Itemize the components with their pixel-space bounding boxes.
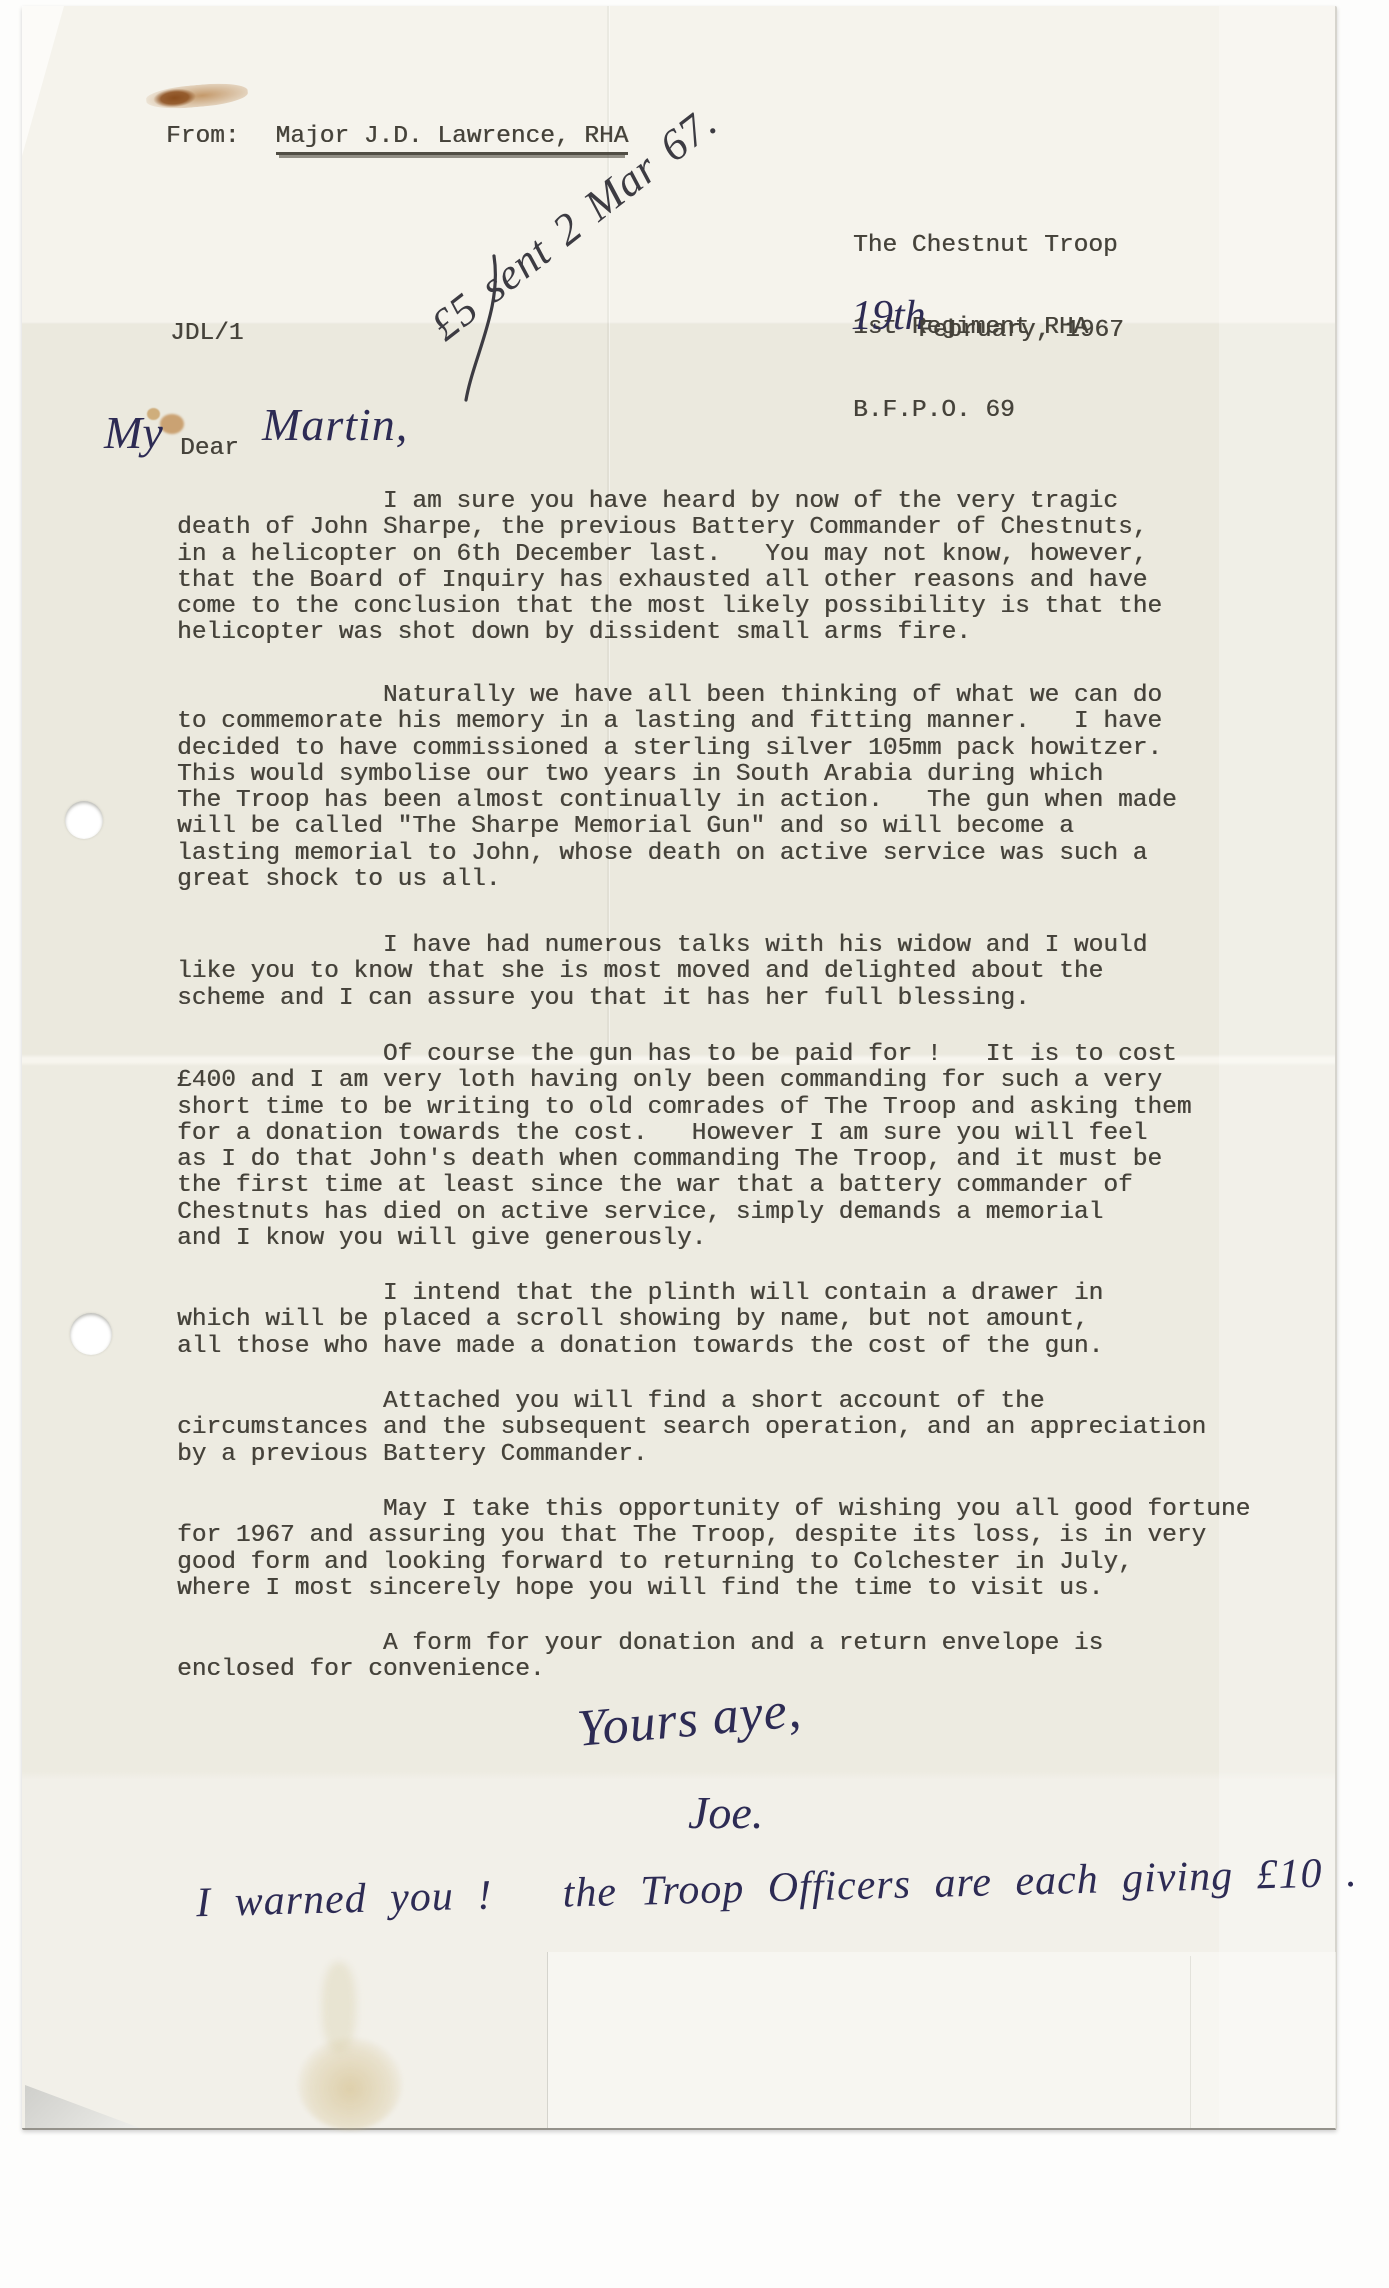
paragraph: Attached you will find a short account o… bbox=[177, 1389, 1206, 1468]
paragraph: May I take this opportunity of wishing y… bbox=[177, 1497, 1250, 1602]
typed-line: decided to have commissioned a sterling … bbox=[177, 736, 1177, 762]
typed-line: I am sure you have heard by now of the v… bbox=[177, 489, 1162, 515]
typed-line: Naturally we have all been thinking of w… bbox=[177, 683, 1177, 709]
typed-line: The Troop has been almost continually in… bbox=[177, 788, 1177, 814]
reference-code: JDL/1 bbox=[170, 321, 244, 347]
paragraph: Naturally we have all been thinking of w… bbox=[177, 683, 1177, 893]
paragraph: I intend that the plinth will contain a … bbox=[177, 1281, 1103, 1360]
paragraph: I have had numerous talks with his widow… bbox=[177, 933, 1147, 1012]
typed-line: £400 and I am very loth having only been… bbox=[177, 1068, 1191, 1094]
date-typed: February, 1967 bbox=[918, 318, 1124, 344]
typed-line: like you to know that she is most moved … bbox=[177, 959, 1147, 985]
typed-line: good form and looking forward to returni… bbox=[177, 1550, 1250, 1576]
typed-line: May I take this opportunity of wishing y… bbox=[177, 1497, 1250, 1523]
paragraph: I am sure you have heard by now of the v… bbox=[177, 489, 1162, 647]
scan-light-band-bottom bbox=[547, 1952, 1336, 2128]
typed-line: for 1967 and assuring you that The Troop… bbox=[177, 1523, 1250, 1549]
typed-line: I have had numerous talks with his widow… bbox=[177, 933, 1147, 959]
handwritten-day: 19th bbox=[851, 292, 926, 340]
paragraph: Of course the gun has to be paid for ! I… bbox=[177, 1042, 1191, 1252]
punch-hole bbox=[70, 1313, 112, 1355]
stain-smear bbox=[322, 1962, 356, 2052]
typed-line: which will be placed a scroll showing by… bbox=[177, 1307, 1103, 1333]
typed-line: death of John Sharpe, the previous Batte… bbox=[177, 515, 1162, 541]
typed-line: short time to be writing to old comrades… bbox=[177, 1095, 1191, 1121]
typed-line: for a donation towards the cost. However… bbox=[177, 1121, 1191, 1147]
typed-line: to commemorate his memory in a lasting a… bbox=[177, 709, 1177, 735]
from-line: From:Major J.D. Lawrence, RHA bbox=[166, 124, 628, 155]
typed-line: scheme and I can assure you that it has … bbox=[177, 986, 1147, 1012]
typed-line: circumstances and the subsequent search … bbox=[177, 1415, 1206, 1441]
typed-line: and I know you will give generously. bbox=[177, 1226, 1191, 1252]
typed-line: where I most sincerely hope you will fin… bbox=[177, 1576, 1250, 1602]
typed-line: I intend that the plinth will contain a … bbox=[177, 1281, 1103, 1307]
stain-dot bbox=[160, 414, 184, 434]
typed-line: in a helicopter on 6th December last. Yo… bbox=[177, 542, 1162, 568]
paper-crease bbox=[1190, 1956, 1191, 2128]
salutation-handwritten-name: Martin, bbox=[262, 398, 408, 451]
address-line: The Chestnut Troop bbox=[853, 233, 1118, 263]
paragraph: A form for your donation and a return en… bbox=[177, 1631, 1103, 1684]
signature: Joe. bbox=[688, 1786, 763, 1839]
typed-line: Attached you will find a short account o… bbox=[177, 1389, 1206, 1415]
typed-line: come to the conclusion that the most lik… bbox=[177, 594, 1162, 620]
from-label: From: bbox=[166, 123, 240, 150]
pen-flourish bbox=[448, 250, 518, 410]
from-name: Major J.D. Lawrence, RHA bbox=[276, 124, 629, 155]
address-line: B.F.P.O. 69 bbox=[853, 398, 1118, 428]
stain-blotch bbox=[298, 2038, 402, 2130]
typed-line: enclosed for convenience. bbox=[177, 1657, 1103, 1683]
typed-line: A form for your donation and a return en… bbox=[177, 1631, 1103, 1657]
punch-hole bbox=[65, 801, 103, 839]
typed-line: This would symbolise our two years in So… bbox=[177, 762, 1177, 788]
typed-line: as I do that John's death when commandin… bbox=[177, 1147, 1191, 1173]
scan-light-band bbox=[1219, 6, 1335, 2128]
typed-line: that the Board of Inquiry has exhausted … bbox=[177, 568, 1162, 594]
typed-line: helicopter was shot down by dissident sm… bbox=[177, 620, 1162, 646]
typed-line: great shock to us all. bbox=[177, 867, 1177, 893]
typed-line: Chestnuts has died on active service, si… bbox=[177, 1200, 1191, 1226]
typed-line: Of course the gun has to be paid for ! I… bbox=[177, 1042, 1191, 1068]
salutation-handwritten-prefix: My bbox=[104, 406, 163, 459]
typed-line: the first time at least since the war th… bbox=[177, 1173, 1191, 1199]
salutation-typed: Dear bbox=[180, 436, 239, 462]
scanned-letter: From:Major J.D. Lawrence, RHA The Chestn… bbox=[0, 0, 1389, 2288]
typed-line: lasting memorial to John, whose death on… bbox=[177, 841, 1177, 867]
typed-line: will be called "The Sharpe Memorial Gun"… bbox=[177, 814, 1177, 840]
typed-line: all those who have made a donation towar… bbox=[177, 1334, 1103, 1360]
typed-line: by a previous Battery Commander. bbox=[177, 1442, 1206, 1468]
